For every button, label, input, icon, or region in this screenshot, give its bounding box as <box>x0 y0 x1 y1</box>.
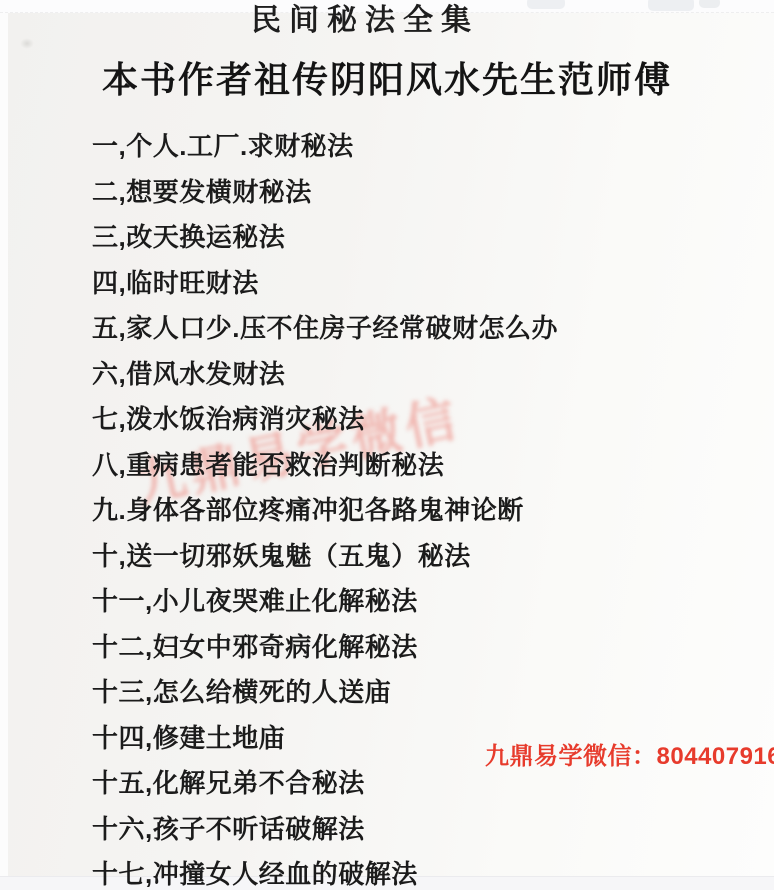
toc-item: 十七,冲撞女人经血的破解法 <box>92 850 774 890</box>
toc-item: 十六,孩子不听话破解法 <box>92 805 774 851</box>
scanned-document-page: 民间秘法全集 本书作者祖传阴阳风水先生范师傅 九鼎易学微信 一,个人.工厂.求财… <box>0 0 774 890</box>
book-title: 民间秘法全集 <box>0 3 752 39</box>
toc-item: 十三,怎么给横死的人送庙 <box>92 668 774 714</box>
toc-item: 三,改天换运秘法 <box>92 213 774 259</box>
toc-item: 四,临时旺财法 <box>92 259 774 305</box>
book-subtitle: 本书作者祖传阴阳风水先生范师傅 <box>0 58 774 102</box>
contact-line: 九鼎易学微信：804407916 <box>485 736 774 771</box>
toc-list: 一,个人.工厂.求财秘法二,想要发横财秘法三,改天换运秘法四,临时旺财法五,家人… <box>92 122 774 890</box>
toc-item: 六,借风水发财法 <box>92 350 774 396</box>
toc-item: 十二,妇女中邪奇病化解秘法 <box>92 623 774 669</box>
toc-item: 二,想要发横财秘法 <box>92 168 774 214</box>
toc-item: 八,重病患者能否救治判断秘法 <box>92 441 774 487</box>
page-left-margin <box>0 0 8 890</box>
toc-item: 五,家人口少.压不住房子经常破财怎么办 <box>92 304 774 350</box>
toc-item: 七,泼水饭治病消灾秘法 <box>92 395 774 441</box>
paper-smudge <box>20 38 34 49</box>
toc-item: 十,送一切邪妖鬼魅（五鬼）秘法 <box>92 532 774 578</box>
toc-item: 一,个人.工厂.求财秘法 <box>92 122 774 168</box>
toc-item: 九.身体各部位疼痛冲犯各路鬼神论断 <box>92 486 774 532</box>
toc-item: 十一,小儿夜哭难止化解秘法 <box>92 577 774 623</box>
